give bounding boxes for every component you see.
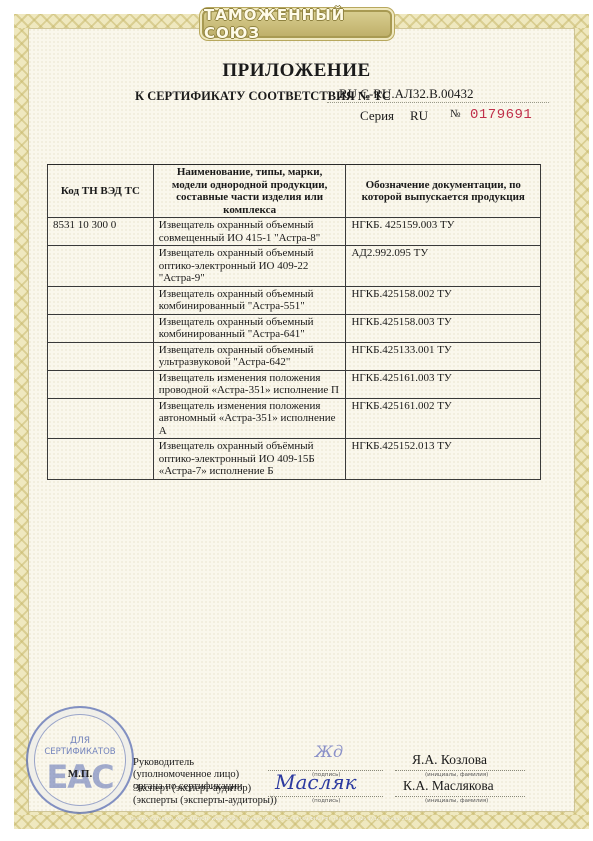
cell-code (48, 286, 154, 314)
cell-code (48, 314, 154, 342)
head-name-line (395, 770, 525, 771)
printer-note: Бланк изготовлен ЗАО "ОПЦИОН" www.opcion… (130, 817, 430, 822)
expert-signatory-label: Эксперт (эксперт-аудитор) (эксперты (экс… (133, 783, 278, 807)
series-label: Серия (360, 108, 394, 124)
cell-doc: НГКБ.425158.002 ТУ (346, 286, 541, 314)
table-row: Извещатель изменения положения проводной… (48, 370, 541, 398)
stamp-mp-label: М.П. (28, 768, 132, 780)
table-header-row: Код ТН ВЭД ТС Наименование, типы, марки,… (48, 165, 541, 218)
cell-code (48, 370, 154, 398)
expert-name-caption: (инициалы, фамилия) (425, 798, 488, 804)
table-row: Извещатель охранный объемный ультразвуко… (48, 342, 541, 370)
customs-union-banner: ТАМОЖЕННЫЙ СОЮЗ (202, 10, 392, 38)
stamp-text-dlya: ДЛЯ (28, 736, 132, 746)
head-signature: Жд (315, 742, 343, 761)
certificate-number: RU C-RU.АЛ32.В.00432 (327, 86, 549, 103)
cell-name: Извещатель охранный объемный комбинирова… (153, 314, 346, 342)
cell-doc: НГКБ. 425159.003 ТУ (346, 218, 541, 246)
cell-name: Извещатель охранный объёмный оптико-элек… (153, 439, 346, 480)
cell-name: Извещатель охранный объемный оптико-элек… (153, 246, 346, 287)
product-table: Код ТН ВЭД ТС Наименование, типы, марки,… (47, 164, 541, 480)
table-row: 8531 10 300 0Извещатель охранный объемны… (48, 218, 541, 246)
table-row: Извещатель охранный объёмный оптико-элек… (48, 439, 541, 480)
table-row: Извещатель изменения положения автономны… (48, 398, 541, 439)
column-header-doc: Обозначение документации, по которой вып… (346, 165, 541, 218)
series-value: RU (410, 108, 428, 124)
cell-code (48, 439, 154, 480)
serial-number: 0179691 (470, 107, 532, 123)
column-header-name: Наименование, типы, марки, модели одноро… (153, 165, 346, 218)
expert-signature-caption: (подпись) (312, 798, 341, 804)
head-name: Я.А. Козлова (412, 752, 487, 768)
cell-doc: АД2.992.095 ТУ (346, 246, 541, 287)
banner-text: ТАМОЖЕННЫЙ СОЮЗ (204, 6, 390, 42)
expert-signature-line (268, 796, 383, 797)
cell-name: Извещатель охранный объемный ультразвуко… (153, 342, 346, 370)
expert-name-line (395, 796, 525, 797)
certification-stamp: ДЛЯ СЕРТИФИКАТОВ ЕАС М.П. (26, 706, 134, 814)
column-header-code: Код ТН ВЭД ТС (48, 165, 154, 218)
cell-doc: НГКБ.425133.001 ТУ (346, 342, 541, 370)
cell-code (48, 342, 154, 370)
number-label: № (450, 108, 461, 120)
cell-name: Извещатель охранный объемный совмещенный… (153, 218, 346, 246)
cell-code: 8531 10 300 0 (48, 218, 154, 246)
cell-doc: НГКБ.425161.002 ТУ (346, 398, 541, 439)
cell-name: Извещатель охранный объемный комбинирова… (153, 286, 346, 314)
table-row: Извещатель охранный объемный оптико-элек… (48, 246, 541, 287)
cell-name: Извещатель изменения положения проводной… (153, 370, 346, 398)
stamp-text-certificates: СЕРТИФИКАТОВ (28, 747, 132, 757)
cell-code (48, 246, 154, 287)
table-row: Извещатель охранный объемный комбинирова… (48, 286, 541, 314)
cell-code (48, 398, 154, 439)
page-title: ПРИЛОЖЕНИЕ (0, 60, 593, 82)
cell-doc: НГКБ.425161.003 ТУ (346, 370, 541, 398)
table-row: Извещатель охранный объемный комбинирова… (48, 314, 541, 342)
cell-doc: НГКБ.425158.003 ТУ (346, 314, 541, 342)
expert-signature: Масляк (275, 770, 357, 794)
cell-doc: НГКБ.425152.013 ТУ (346, 439, 541, 480)
expert-name: К.А. Маслякова (403, 778, 494, 794)
cell-name: Извещатель изменения положения автономны… (153, 398, 346, 439)
